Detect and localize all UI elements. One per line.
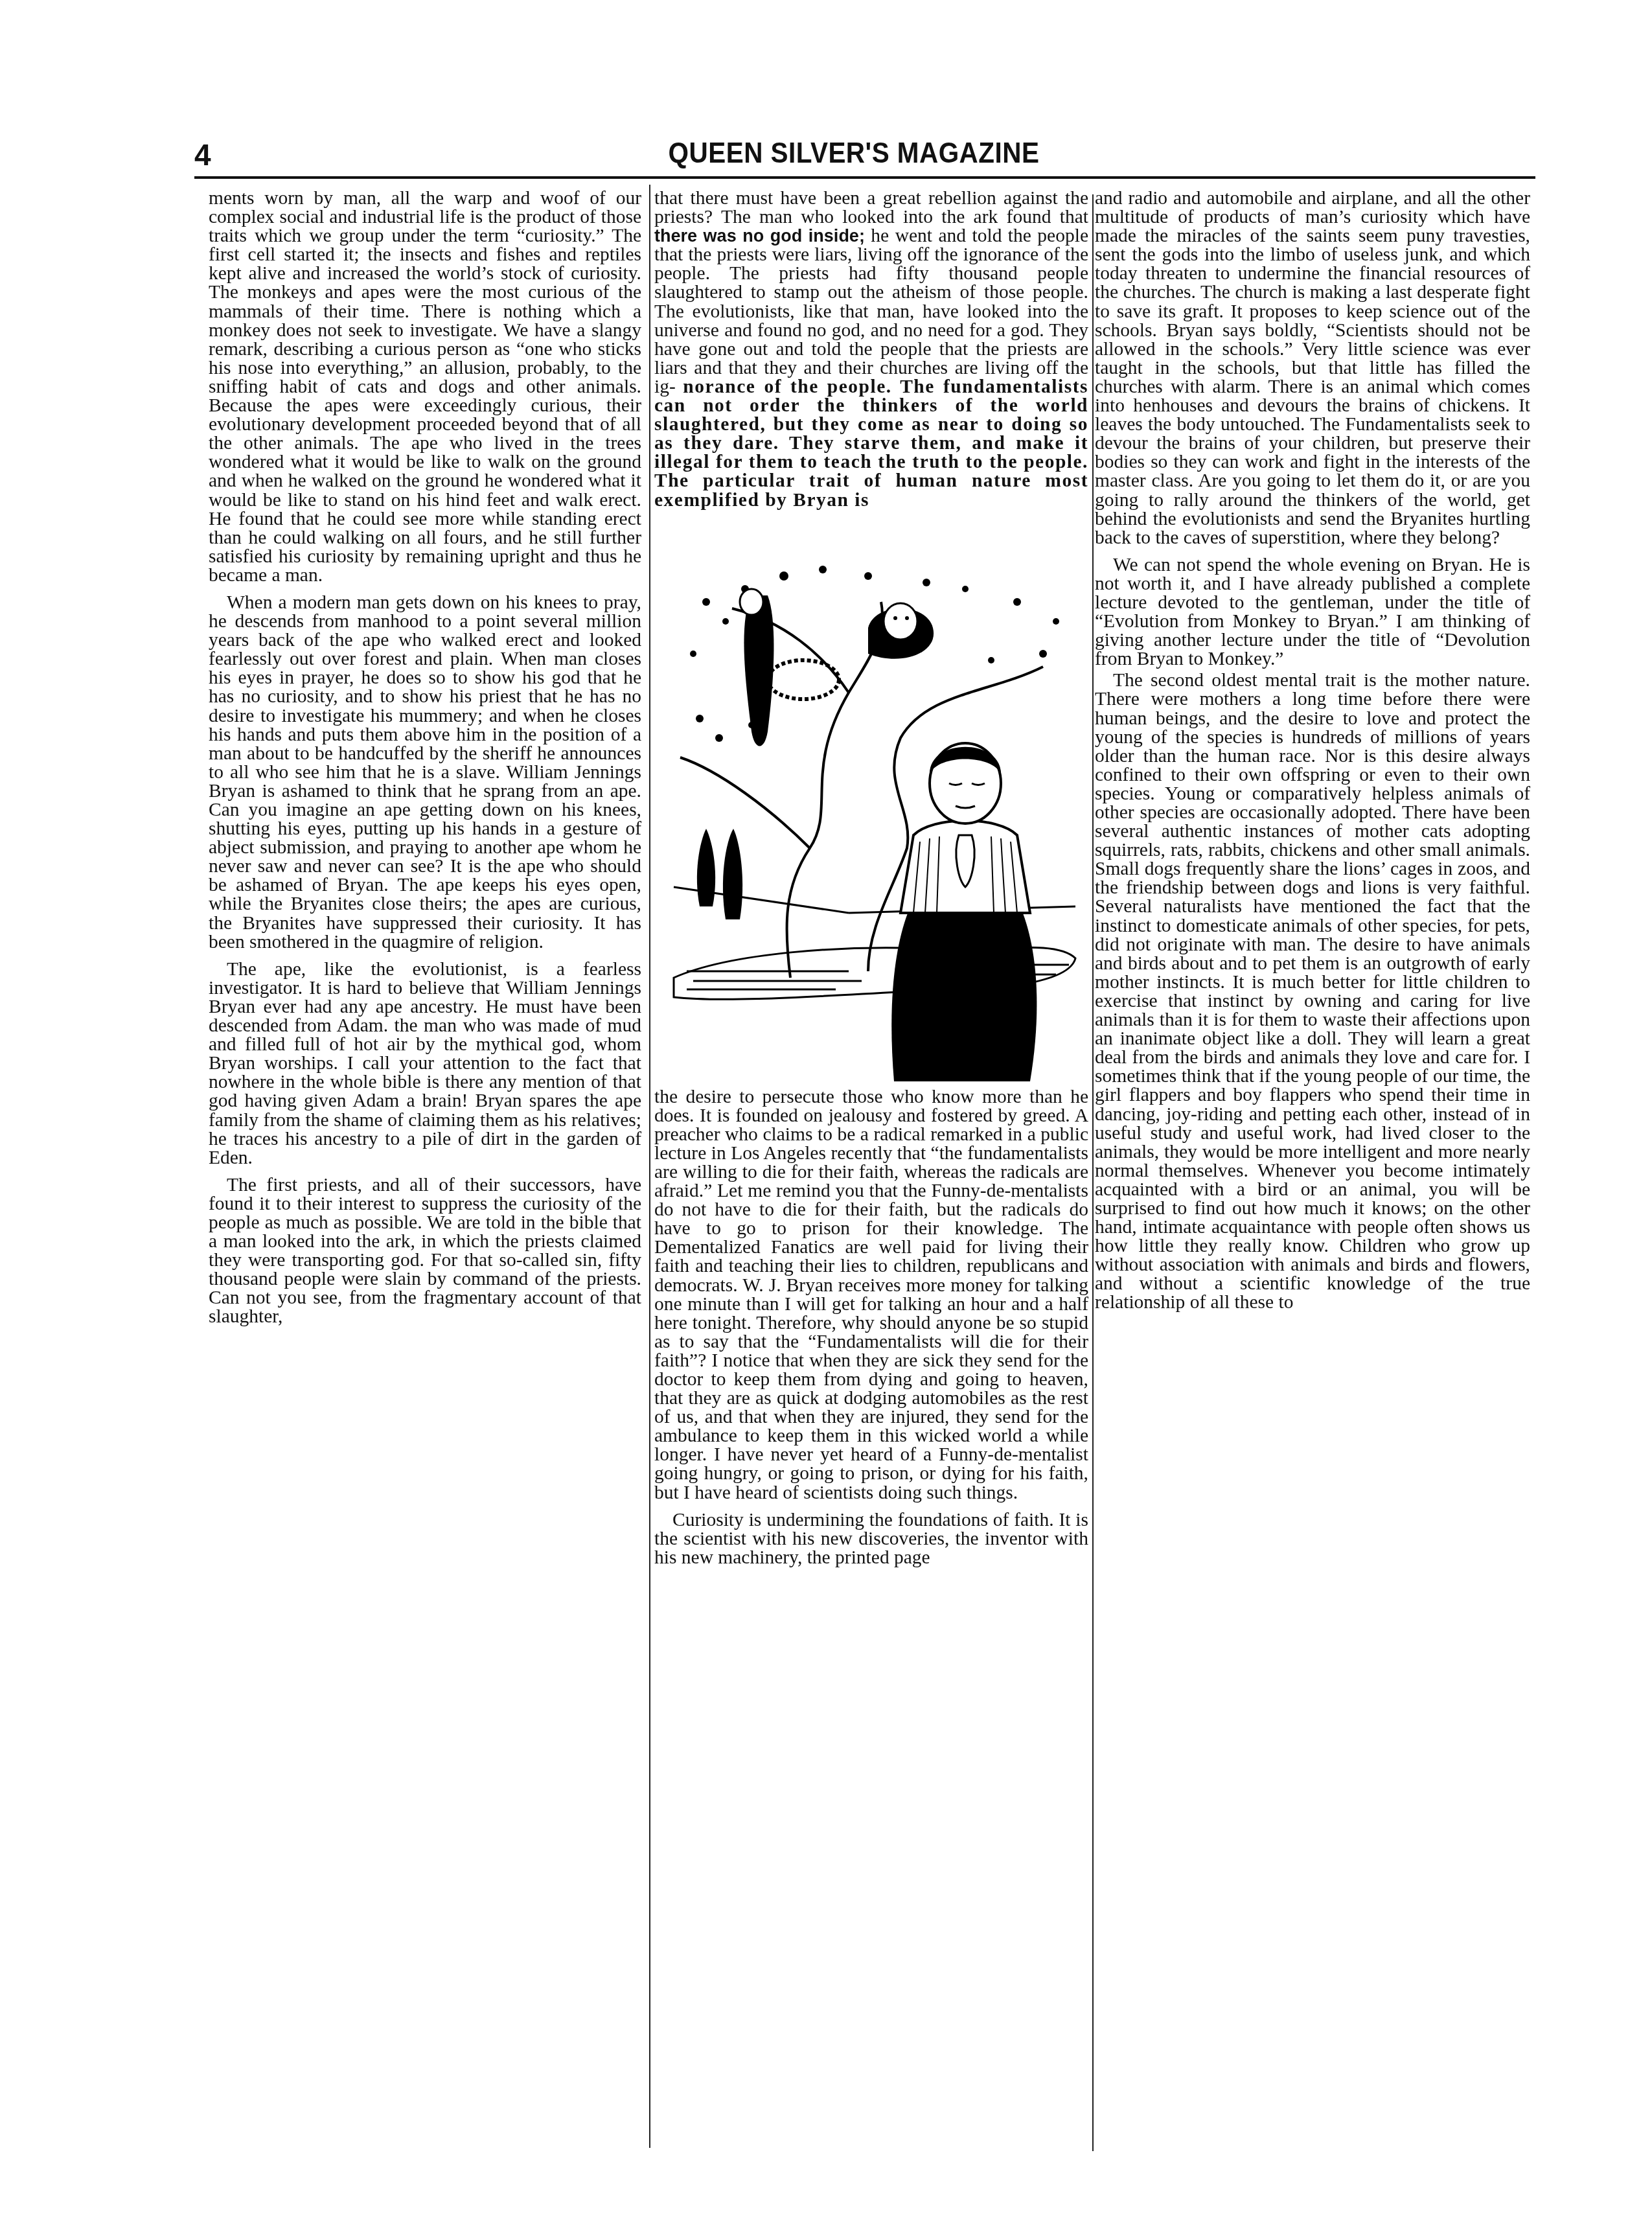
paragraph: Curiosity is undermining the foundations… xyxy=(654,1511,1088,1567)
bold-phrase: there was no god inside; xyxy=(654,226,865,246)
header-rule xyxy=(194,176,1535,179)
column-3: and radio and automobile and airplane, a… xyxy=(1095,189,1530,1313)
paragraph: and radio and automobile and airplane, a… xyxy=(1095,189,1530,547)
page-number: 4 xyxy=(194,137,211,172)
text-run: that there must have been a great rebell… xyxy=(654,188,1088,227)
paragraph: The first priests, and all of their succ… xyxy=(209,1176,641,1327)
column-divider-1 xyxy=(649,185,650,2148)
wide-text-run: norance of the people. The fundamentalis… xyxy=(654,376,1088,511)
column-divider-2 xyxy=(1092,194,1094,2151)
paragraph: The ape, like the evolutionist, is a fea… xyxy=(209,960,641,1168)
column-2: that there must have been a great rebell… xyxy=(654,189,1088,1567)
paragraph: When a modern man gets down on his knees… xyxy=(209,594,641,952)
paragraph: The second oldest mental trait is the mo… xyxy=(1095,671,1530,1312)
paragraph: ments worn by man, all the warp and woof… xyxy=(209,189,641,585)
masthead-title: QUEEN SILVER'S MAGAZINE xyxy=(615,137,1092,170)
paragraph: the desire to persecute those who know m… xyxy=(654,1088,1088,1503)
column-1: ments worn by man, all the warp and woof… xyxy=(209,189,641,1327)
paragraph: that there must have been a great rebell… xyxy=(654,189,1088,510)
paragraph: We can not spend the whole evening on Br… xyxy=(1095,556,1530,669)
text-run: he went and told the people that the pri… xyxy=(654,225,1088,397)
cartoon-illustration: Cartoon: a man praying on his knees with… xyxy=(654,524,1088,1081)
